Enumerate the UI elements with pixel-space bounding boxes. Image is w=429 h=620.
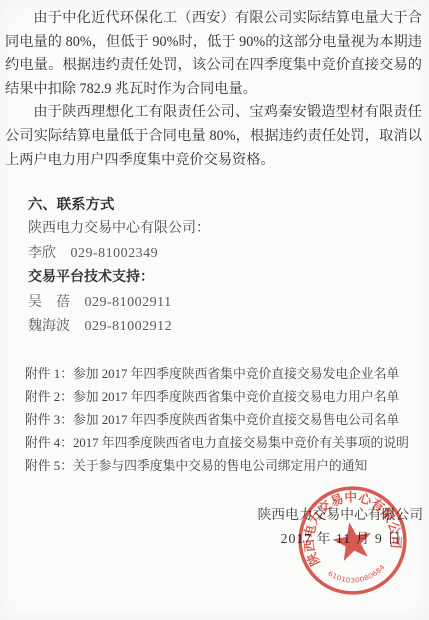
- document-body: 由于中化近代环保化工（西安）有限公司实际结算电量大于合同电量的 80%，但低于 …: [0, 0, 429, 478]
- paragraph-penalty-lixiang-qinan: 由于陕西理想化工有限责任公司、宝鸡秦安锻造型材有限责任公司实际结算电量低于合同电…: [5, 101, 422, 172]
- contact-person-row: 魏海波 029-81002912: [28, 315, 422, 340]
- attachment-item-2: 附件 2：参加 2017 年四季度陕西省集中竞价直接交易电力用户名单: [25, 386, 422, 409]
- contact-person-name: 吴 蓓: [28, 295, 70, 310]
- attachment-item-1: 附件 1：参加 2017 年四季度陕西省集中竞价直接交易发电企业名单: [25, 363, 422, 386]
- contact-person-phone: 029-81002911: [85, 295, 172, 310]
- section-heading-contact: 六、联系方式: [28, 193, 422, 217]
- attachment-item-5: 附件 5：关于参与四季度集中交易的售电公司绑定用户的通知: [25, 455, 422, 478]
- contact-person-name: 李欣: [28, 246, 56, 261]
- attachment-item-4: 附件 4：2017 年四季度陕西省电力直接交易集中竞价有关事项的说明: [25, 432, 422, 455]
- official-seal-stamp: 陕西电力交易中心有限公司 6101030080684: [287, 475, 418, 606]
- contact-person-row: 吴 蓓 029-81002911: [28, 291, 422, 316]
- document-page: 由于中化近代环保化工（西安）有限公司实际结算电量大于合同电量的 80%，但低于 …: [0, 0, 429, 620]
- contact-support-heading: 交易平台技术支持：: [28, 266, 422, 291]
- paragraph-penalty-zhonghua: 由于中化近代环保化工（西安）有限公司实际结算电量大于合同电量的 80%，但低于 …: [5, 7, 422, 101]
- attachment-item-3: 附件 3：参加 2017 年四季度陕西省集中竞价直接交易售电公司名单: [25, 409, 422, 432]
- contact-person-phone: 029-81002349: [71, 246, 159, 261]
- contact-org-line: 陕西电力交易中心有限公司：: [28, 217, 422, 242]
- attachments-list: 附件 1：参加 2017 年四季度陕西省集中竞价直接交易发电企业名单 附件 2：…: [5, 363, 422, 478]
- contact-person-name: 魏海波: [28, 319, 70, 334]
- contact-person-phone: 029-81002912: [85, 319, 173, 334]
- seal-star-icon: [330, 519, 375, 562]
- contact-person-row: 李欣 029-81002349: [28, 242, 422, 267]
